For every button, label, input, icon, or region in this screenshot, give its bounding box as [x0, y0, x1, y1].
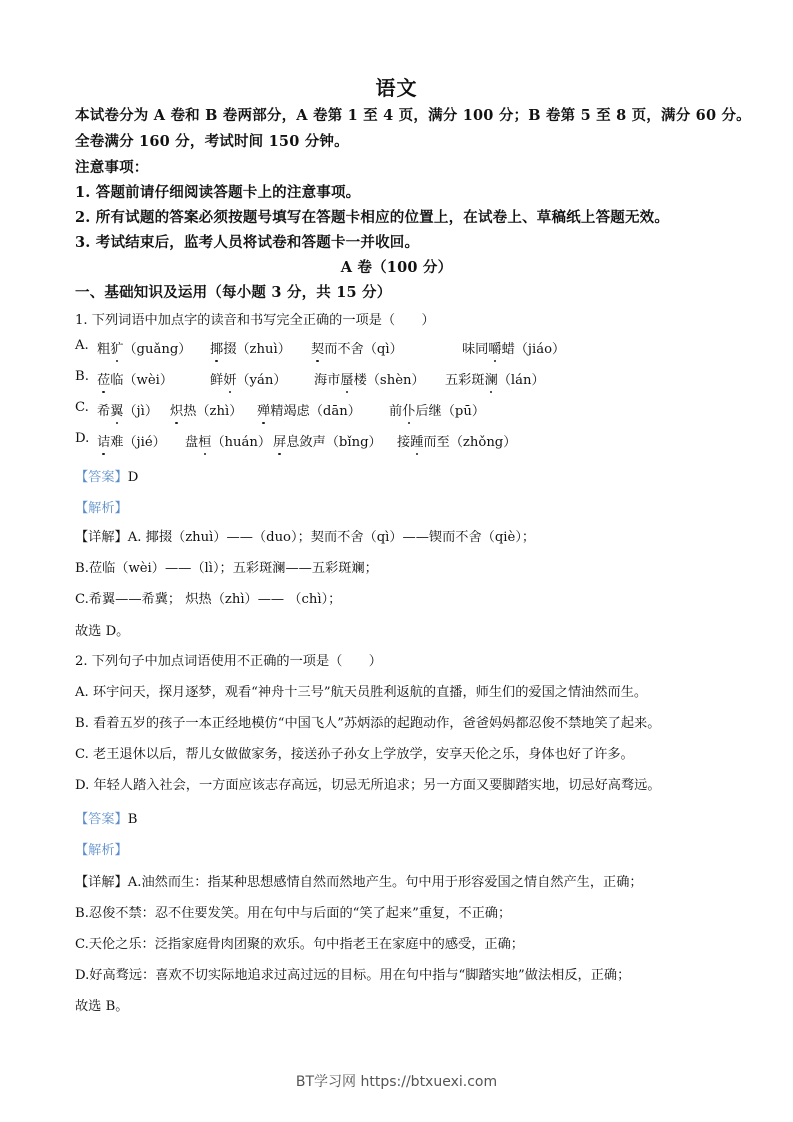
q1-conclusion: 故选 D。 [75, 620, 129, 639]
dotted-char: 炽 [170, 400, 183, 419]
word-pre: 前 [389, 404, 402, 419]
detail-text: A.油然而生：指某种思想感情自然而然地产生。句中用于形容爱国之情自然产生，正确； [128, 875, 643, 890]
q1-detail-2: B.莅临（wèi）——（lì）；五彩斑澜——五彩斑斓； [75, 557, 378, 576]
dotted-char: 诘 [97, 431, 110, 450]
dotted-char: 翼 [110, 400, 123, 419]
word-post: 息敛声（bǐng） [286, 435, 382, 450]
q2-analysis-tag: 【解析】 [75, 839, 128, 858]
detail-text: A. 揶掇（zhuì）——（duo）；契而不舍（qì）——锲而不舍（qiè）； [128, 530, 535, 545]
answer-value: D [128, 470, 139, 485]
notice-3: 3. 考试结束后，监考人员将试卷和答题卡一并收回。 [75, 231, 419, 252]
q2-detail-2: B.忍俊不禁：忍不住要发笑。用在句中与后面的“笑了起来”重复，不正确； [75, 902, 511, 921]
word-post: 掇（zhuì） [223, 342, 291, 357]
dotted-char: 揶 [210, 338, 223, 357]
word-pre: 海市 [314, 373, 340, 388]
q1-detail-1: 【详解】A. 揶掇（zhuì）——（duo）；契而不舍（qì）——锲而不舍（qi… [75, 526, 535, 545]
q2-option-a: A. 环宇问天，探月逐梦，观看“神舟十三号”航天员胜利返航的直播，师生们的爱国之… [75, 681, 647, 700]
q2-option-c: C. 老王退休以后，帮儿女做做家务，接送孙子孙女上学放学，安享天伦之乐，身体也好… [75, 743, 634, 762]
word-pre: 盘 [185, 435, 198, 450]
word-post: 而至（zhǒng） [423, 435, 516, 450]
exam-page: 语文 本试卷分为 A 卷和 B 卷两部分，A 卷第 1 至 4 页，满分 100… [0, 0, 793, 1122]
q1-stem: 1. 下列词语中加点字的读音和书写完全正确的一项是（ ） [75, 309, 435, 328]
dotted-char: 莅 [97, 369, 110, 388]
dotted-char: 嚼 [488, 338, 501, 357]
word-post: 后继（pū） [415, 404, 485, 419]
q2-answer: 【答案】B [75, 808, 137, 827]
word-pre: 鲜 [210, 373, 223, 388]
option-word: 莅临（wèi） [97, 369, 173, 388]
option-word: 前仆后继（pū） [389, 400, 485, 419]
dotted-char: 踵 [410, 431, 423, 450]
page-title: 语文 [0, 72, 793, 101]
q2-detail-3: C.天伦之乐：泛指家庭骨肉团聚的欢乐。句中指老王在家庭中的感受，正确； [75, 933, 524, 952]
dotted-char: 蜃 [340, 369, 353, 388]
option-word: 屏息敛声（bǐng） [273, 431, 382, 450]
answer-tag: 【答案】 [75, 812, 128, 827]
intro-line-2: 全卷满分 160 分，考试时间 150 分钟。 [75, 130, 349, 151]
section-a-heading: A 卷（100 分） [0, 256, 793, 277]
option-word: 粗犷（guǎng） [97, 338, 191, 357]
word-post: 热（zhì） [183, 404, 242, 419]
dotted-char: 仆 [402, 400, 415, 419]
dotted-char: 殚 [257, 400, 270, 419]
word-post: （jì） [123, 404, 158, 419]
q2-conclusion: 故选 B。 [75, 995, 128, 1014]
answer-tag: 【答案】 [75, 470, 128, 485]
option-word: 鲜妍（yán） [210, 369, 287, 388]
option-word: 希翼（jì） [97, 400, 158, 419]
q2-detail-1: 【详解】A.油然而生：指某种思想感情自然而然地产生。句中用于形容爱国之情自然产生… [75, 871, 643, 890]
answer-value: B [128, 812, 138, 827]
q2-stem: 2. 下列句子中加点词语使用不正确的一项是（ ） [75, 650, 382, 669]
option-word: 五彩斑澜（lán） [445, 369, 545, 388]
word-post: 难（jié） [110, 435, 166, 450]
dotted-char: 妍 [223, 369, 236, 388]
word-pre: 味同 [462, 342, 488, 357]
option-label: D. [75, 431, 89, 446]
option-label: B. [75, 369, 89, 384]
option-word: 炽热（zhì） [170, 400, 242, 419]
option-word: 揶掇（zhuì） [210, 338, 291, 357]
q1-analysis-tag: 【解析】 [75, 497, 128, 516]
dotted-char: 契 [311, 338, 324, 357]
option-label: A. [75, 338, 89, 353]
q2-detail-4: D.好高骛远：喜欢不切实际地追求过高过远的目标。用在句中指与“脚踏实地”做法相反… [75, 964, 630, 983]
option-word: 海市蜃楼（shèn） [314, 369, 425, 388]
watermark-footer: BT学习网 https://btxuexi.com [0, 1071, 793, 1091]
option-label: C. [75, 400, 89, 415]
option-word: 诘难（jié） [97, 431, 166, 450]
word-post: 蜡（jiáo） [502, 342, 566, 357]
dotted-char: 犷 [110, 338, 123, 357]
intro-line-1: 本试卷分为 A 卷和 B 卷两部分，A 卷第 1 至 4 页，满分 100 分；… [75, 104, 751, 125]
q2-option-b: B. 看着五岁的孩子一本正经地模仿“中国飞人”苏炳添的起跑动作，爸爸妈妈都忍俊不… [75, 712, 660, 731]
word-pre: 接 [397, 435, 410, 450]
notice-heading: 注意事项： [75, 156, 149, 177]
dotted-char: 澜 [485, 369, 498, 388]
q1-answer: 【答案】D [75, 466, 138, 485]
word-post: 临（wèi） [110, 373, 173, 388]
word-post: （huán） [211, 435, 271, 450]
option-word: 殚精竭虑（dān） [257, 400, 361, 419]
dotted-char: 屏 [273, 431, 286, 450]
word-post: （yán） [236, 373, 286, 388]
detail-tag: 【详解】 [75, 530, 128, 545]
option-word: 接踵而至（zhǒng） [397, 431, 516, 450]
option-word: 盘桓（huán） [185, 431, 271, 450]
word-pre: 粗 [97, 342, 110, 357]
word-pre: 希 [97, 404, 110, 419]
word-post: （guǎng） [123, 342, 191, 357]
notice-1: 1. 答题前请仔细阅读答题卡上的注意事项。 [75, 181, 360, 202]
option-word: 味同嚼蜡（jiáo） [462, 338, 565, 357]
option-word: 契而不舍（qì） [311, 338, 403, 357]
detail-tag: 【详解】 [75, 875, 128, 890]
word-post: 楼（shèn） [354, 373, 425, 388]
word-post: 精竭虑（dān） [270, 404, 361, 419]
q1-detail-3: C.希翼——希冀； 炽热（zhì）—— （chì）； [75, 588, 341, 607]
q2-option-d: D. 年轻人踏入社会，一方面应该志存高远，切忌无所追求；另一方面又要脚踏实地，切… [75, 774, 661, 793]
notice-2: 2. 所有试题的答案必须按题号填写在答题卡相应的位置上，在试卷上、草稿纸上答题无… [75, 206, 669, 227]
word-post: （lán） [498, 373, 545, 388]
word-pre: 五彩斑 [445, 373, 485, 388]
dotted-char: 桓 [198, 431, 211, 450]
part-one-heading: 一、基础知识及运用（每小题 3 分，共 15 分） [75, 281, 391, 302]
word-post: 而不舍（qì） [324, 342, 403, 357]
